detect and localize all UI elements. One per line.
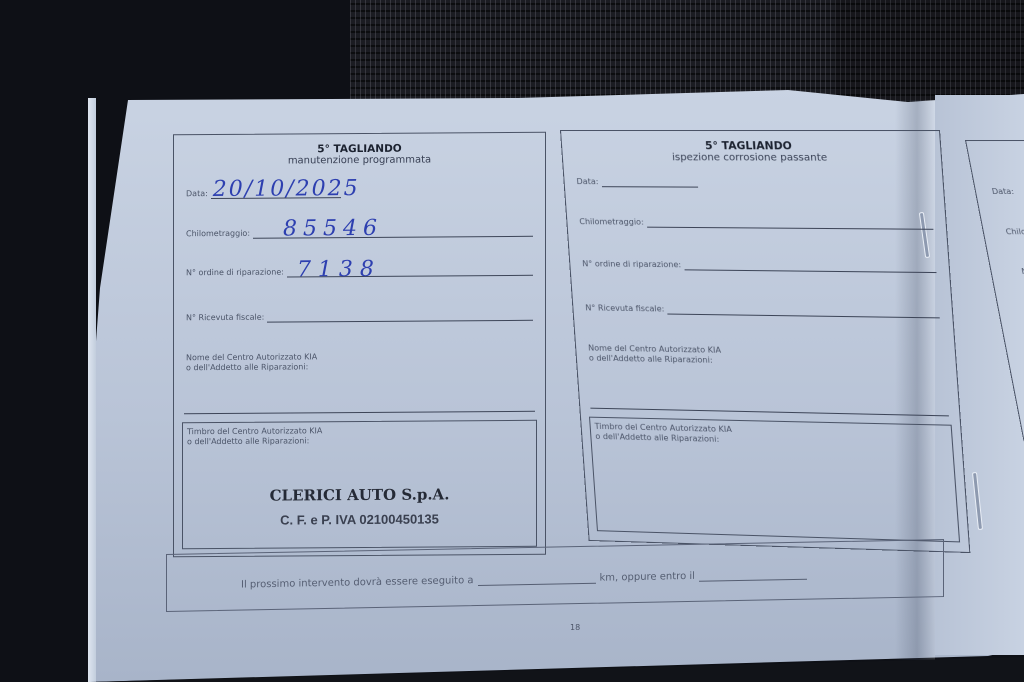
next-service-text-middle: km, oppure entro il (600, 571, 695, 584)
receipt-label: N° Ricevuta fiscale: (186, 313, 264, 324)
date-label: Data: (186, 189, 208, 199)
stamp-box: Timbro del Centro Autorizzato KIA o dell… (589, 417, 960, 543)
date-field[interactable]: Data: 20/10/2025 (186, 177, 525, 199)
next-service-date-line[interactable] (699, 578, 807, 582)
mileage-field[interactable]: Chilometraggio: 85546 (186, 217, 533, 239)
service-center-label: Nome del Centro Autorizzato KIA o dell'A… (186, 352, 317, 373)
receipt-field[interactable]: N° Ricevuta fiscale: (584, 293, 939, 318)
service-center-line (184, 411, 535, 414)
card-title: 5° TAGLIANDO (562, 140, 941, 153)
next-service-text: Il prossimo intervento dovrà essere eseg… (241, 569, 807, 591)
stamp-label: Timbro del Centro Autorizzato KIA o dell… (187, 426, 322, 447)
next-service-text-before: Il prossimo intervento dovrà essere eseg… (241, 575, 474, 590)
booklet-page-edge (88, 98, 96, 682)
date-value: 20/10/2025 (213, 176, 360, 202)
date-line (602, 185, 698, 187)
receipt-line (668, 313, 940, 319)
card-subtitle: manutenzione programmata (174, 154, 545, 168)
next-service-km-line[interactable] (478, 582, 596, 586)
service-center-label-line2: o dell'Addetto alle Riparazioni: (186, 362, 317, 373)
page-number: 18 (570, 623, 580, 632)
date-line: 20/10/2025 (211, 196, 341, 199)
mileage-label: Chilometraggio: (579, 217, 644, 228)
date-field[interactable]: Data: (576, 167, 931, 189)
mileage-label: Chilometraggio: (186, 229, 250, 239)
receipt-field[interactable]: N° Ricevuta fiscale: (186, 301, 533, 323)
stamp-label-line2: o dell'Addetto alle Riparazioni: (187, 436, 322, 447)
service-center-line (590, 408, 949, 417)
service-center-label: Nome del Centro Autorizzato KIA o dell'A… (588, 343, 722, 365)
receipt-line (267, 319, 533, 323)
repair-order-field[interactable]: N° ordine di riparazione: (581, 249, 936, 273)
stamp-box: Timbro del Centro Autorizzato KIA o dell… (182, 420, 537, 549)
car-seat-shadow (835, 0, 1024, 110)
repair-order-label: N° ordine di riparazione: (582, 259, 681, 270)
mileage-line (647, 226, 933, 230)
dealer-name: CLERICI AUTO S.p.A. (183, 485, 536, 505)
repair-order-value: 7138 (297, 257, 381, 283)
partial-label: Chilom (1005, 227, 1024, 236)
receipt-label: N° Ricevuta fiscale: (585, 303, 665, 314)
repair-order-field[interactable]: N° ordine di riparazione: 7138 (186, 256, 533, 278)
mileage-field[interactable]: Chilometraggio: (578, 207, 933, 230)
stamp-label: Timbro del Centro Autorizzato KIA o dell… (594, 422, 733, 445)
mileage-line: 85546 (253, 235, 533, 239)
date-label: Data: (576, 177, 599, 187)
partial-label: Data: (991, 187, 1015, 196)
stamp-label-line2: o dell'Addetto alle Riparazioni: (595, 432, 733, 445)
repair-order-line (684, 268, 936, 273)
repair-order-label: N° ordine di riparazione: (186, 268, 284, 279)
service-center-label-line2: o dell'Addetto alle Riparazioni: (589, 353, 723, 365)
service-card-corrosion: 5° TAGLIANDO ispezione corrosione passan… (560, 130, 970, 553)
dealer-vat: C. F. e P. IVA 02100450135 (183, 511, 536, 528)
repair-order-line: 7138 (287, 274, 533, 278)
card-subtitle: ispezione corrosione passante (563, 152, 942, 164)
service-card-maintenance: 5° TAGLIANDO manutenzione programmata Da… (173, 132, 546, 558)
mileage-value: 85546 (283, 216, 383, 242)
